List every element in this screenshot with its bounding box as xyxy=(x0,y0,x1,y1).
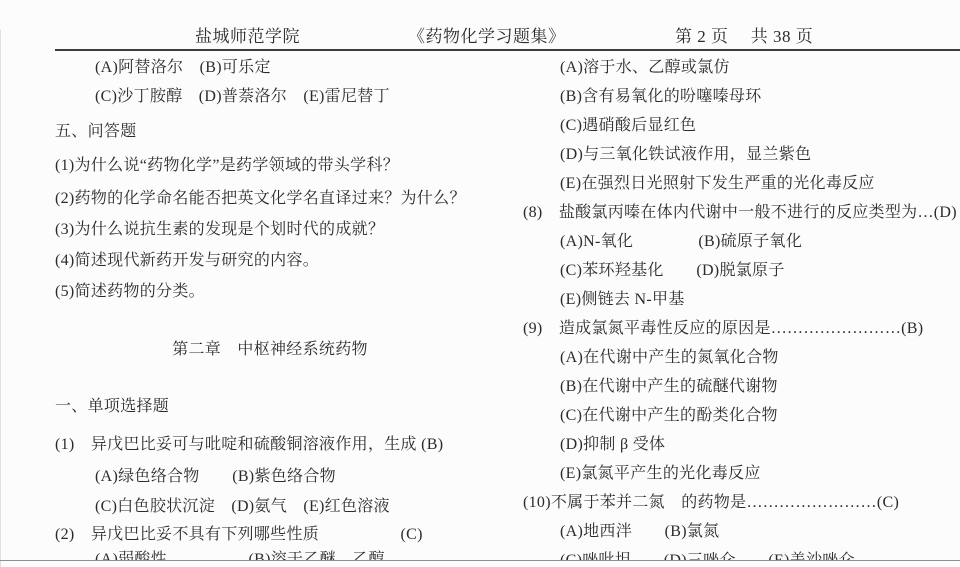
question-line: (2)药物的化学命名能否把英文化学名直译过来？为什么？ xyxy=(55,189,466,209)
option-line: (A)地西泮 (B)氯氮 xyxy=(560,522,719,542)
option-line: (A)阿替洛尔 (B)可乐定 xyxy=(95,58,271,78)
question-line: (8) 盐酸氯丙嗪在体内代谢中一般不进行的反应类型为…(D) xyxy=(523,203,957,223)
question-line: (4)简述现代新药开发与研究的内容。 xyxy=(55,251,319,271)
option-line: (E)侧链去 N-甲基 xyxy=(560,290,685,310)
option-line: (A)N-氧化 (B)硫原子氧化 xyxy=(560,232,802,252)
option-line: (A)溶于水、乙醇或氯仿 xyxy=(560,58,730,78)
question-line: (10)不属于苯并二氮 的药物是……………………(C) xyxy=(523,493,899,513)
section-heading: 一、单项选择题 xyxy=(55,397,169,417)
option-line: (E)在强烈日光照射下发生严重的光化毒反应 xyxy=(560,174,875,194)
section-heading: 五、问答题 xyxy=(55,122,137,142)
document-page: 盐城师范学院 《药物化学习题集》 第 2 页 共 38 页 (A)阿替洛尔 (B… xyxy=(0,0,960,567)
chapter-title: 第二章 中枢神经系统药物 xyxy=(55,340,485,360)
option-line: (D)抑制 β 受体 xyxy=(560,435,665,455)
left-column: (A)阿替洛尔 (B)可乐定 (C)沙丁胺醇 (D)普萘洛尔 (E)雷尼替丁 五… xyxy=(55,0,485,561)
option-line: (E)氯氮平产生的光化毒反应 xyxy=(560,464,761,484)
question-line: (5)简述药物的分类。 xyxy=(55,282,205,302)
option-line: (A)绿色络合物 (B)紫色络合物 xyxy=(95,467,336,487)
question-line: (1) 异戊巴比妥可与吡啶和硫酸铜溶液作用，生成 (B) xyxy=(55,435,443,455)
bottom-border-line xyxy=(0,560,960,561)
option-line: (C)在代谢中产生的酚类化合物 xyxy=(560,406,778,426)
question-line: (2) 异戊巴比妥不具有下列哪些性质 (C) xyxy=(55,525,423,545)
option-line: (C)沙丁胺醇 (D)普萘洛尔 (E)雷尼替丁 xyxy=(95,87,390,107)
option-line: (D)与三氧化铁试液作用，显兰紫色 xyxy=(560,145,811,165)
option-line: (A)在代谢中产生的氮氧化合物 xyxy=(560,348,779,368)
option-line: (C)白色胶状沉淀 (D)氨气 (E)红色溶液 xyxy=(95,497,390,517)
right-column: (A)溶于水、乙醇或氯仿 (B)含有易氧化的吩噻嗪母环 (C)遇硝酸后显红色 (… xyxy=(523,0,960,561)
page-left-edge xyxy=(0,30,1,567)
option-line: (B)含有易氧化的吩噻嗪母环 xyxy=(560,87,762,107)
question-line: (9) 造成氯氮平毒性反应的原因是……………………(B) xyxy=(523,319,923,339)
question-line: (3)为什么说抗生素的发现是个划时代的成就？ xyxy=(55,220,384,240)
option-line: (C)苯环羟基化 (D)脱氯原子 xyxy=(560,261,785,281)
option-line: (C)遇硝酸后显红色 xyxy=(560,116,696,136)
question-line: (1)为什么说“药物化学”是药学领域的带头学科？ xyxy=(55,156,399,176)
option-line: (B)在代谢中产生的硫醚代谢物 xyxy=(560,377,778,397)
